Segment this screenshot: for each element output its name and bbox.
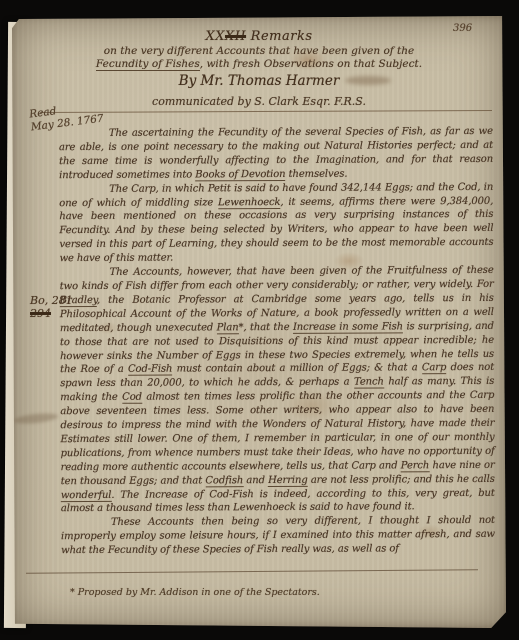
subtitle-rest: , with fresh Observations on that Subjec…: [200, 58, 422, 70]
heading-word: Remarks: [251, 29, 313, 44]
title-block: XXXII Remarks on the very different Acco…: [12, 29, 506, 108]
footnote-rule: [26, 569, 478, 574]
manuscript-paragraph: The ascertaining the Fecundity of the se…: [59, 125, 493, 183]
body-paragraphs: The ascertaining the Fecundity of the se…: [59, 125, 495, 558]
byline-rule: [40, 110, 492, 113]
section-heading: XXXII Remarks: [12, 29, 506, 44]
byline: By Mr. Thomas Harmer: [179, 73, 340, 89]
section-numeral: XX: [205, 29, 225, 44]
subtitle-line-2: Fecundity of Fishes, with fresh Observat…: [12, 58, 506, 70]
section-numeral-struck: XII: [225, 29, 246, 44]
manuscript-paragraph: The Carp, in which Petit is said to have…: [59, 180, 493, 266]
footnote: * Proposed by Mr. Addison in one of the …: [70, 587, 320, 598]
manuscript-page: 396 XXXII Remarks on the very different …: [12, 16, 506, 628]
struck-word-smudge: [345, 76, 391, 85]
margin-scribble: [14, 412, 59, 426]
manuscript-paragraph: These Accounts then being so very differ…: [61, 514, 495, 558]
subtitle-line-1: on the very different Accounts that have…: [12, 45, 506, 57]
manuscript-paragraph: The Accounts, however, that have been gi…: [60, 264, 495, 517]
photograph-background: 396 XXXII Remarks on the very different …: [0, 0, 519, 640]
byline-text: By Mr. Thomas Harmer: [179, 73, 340, 89]
